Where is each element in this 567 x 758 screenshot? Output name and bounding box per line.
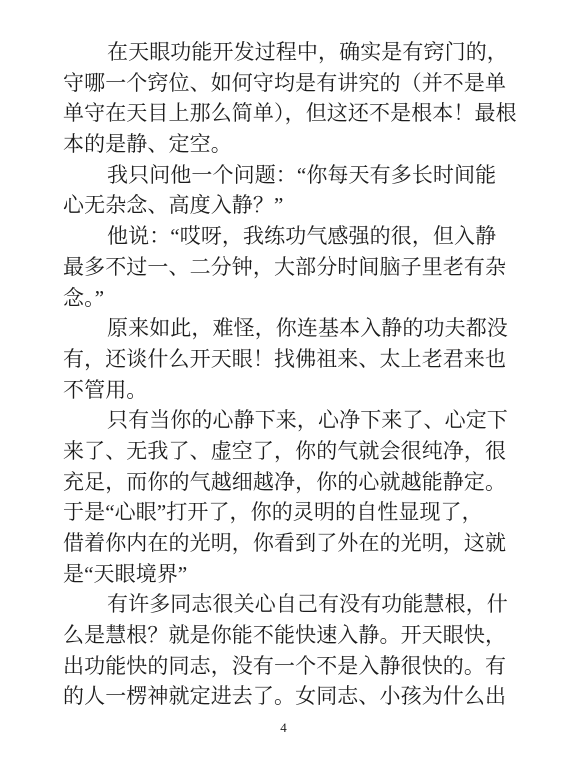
text-line: 么是慧根？就是你能不能快速入静。开天眼快，: [63, 620, 509, 651]
text-line: 借着你内在的光明，你看到了外在的光明，这就: [63, 528, 509, 559]
text-line: 最多不过一、二分钟，大部分时间脑子里老有杂: [63, 252, 509, 283]
text-line: 守哪一个窍位、如何守均是有讲究的（并不是单: [63, 68, 509, 99]
text-line: 有许多同志很关心自己有没有功能慧根，什: [63, 589, 509, 620]
text-line: 有，还谈什么开天眼！找佛祖来、太上老君来也: [63, 344, 509, 375]
text-line: 于是“心眼”打开了，你的灵明的自性显现了，: [63, 497, 509, 528]
text-line: 他说：“哎呀，我练功气感强的很，但入静: [63, 221, 509, 252]
text-line: 充足，而你的气越细越净，你的心就越能静定。: [63, 467, 509, 498]
text-line: 念。”: [63, 283, 509, 314]
text-line: 只有当你的心静下来，心净下来了、心定下: [63, 405, 509, 436]
page-footer: 4: [0, 719, 567, 737]
text-line: 本的是静、定空。: [63, 129, 509, 160]
text-line: 我只问他一个问题：“你每天有多长时间能: [63, 160, 509, 191]
text-line: 出功能快的同志，没有一个不是入静很快的。有: [63, 651, 509, 682]
text-line: 单守在天目上那么简单），但这还不是根本！最根: [63, 98, 509, 129]
text-line: 来了、无我了、虚空了，你的气就会很纯净，很: [63, 436, 509, 467]
text-line: 的人一楞神就定进去了。女同志、小孩为什么出: [63, 681, 509, 712]
page-text: 在天眼功能开发过程中，确实是有窍门的，守哪一个窍位、如何守均是有讲究的（并不是单…: [63, 37, 509, 712]
page-number: 4: [280, 720, 287, 735]
text-line: 不管用。: [63, 375, 509, 406]
text-line: 是“天眼境界”: [63, 559, 509, 590]
text-line: 心无杂念、高度入静？”: [63, 190, 509, 221]
document-page: 在天眼功能开发过程中，确实是有窍门的，守哪一个窍位、如何守均是有讲究的（并不是单…: [0, 0, 567, 758]
text-line: 原来如此，难怪，你连基本入静的功夫都没: [63, 313, 509, 344]
text-line: 在天眼功能开发过程中，确实是有窍门的，: [63, 37, 509, 68]
